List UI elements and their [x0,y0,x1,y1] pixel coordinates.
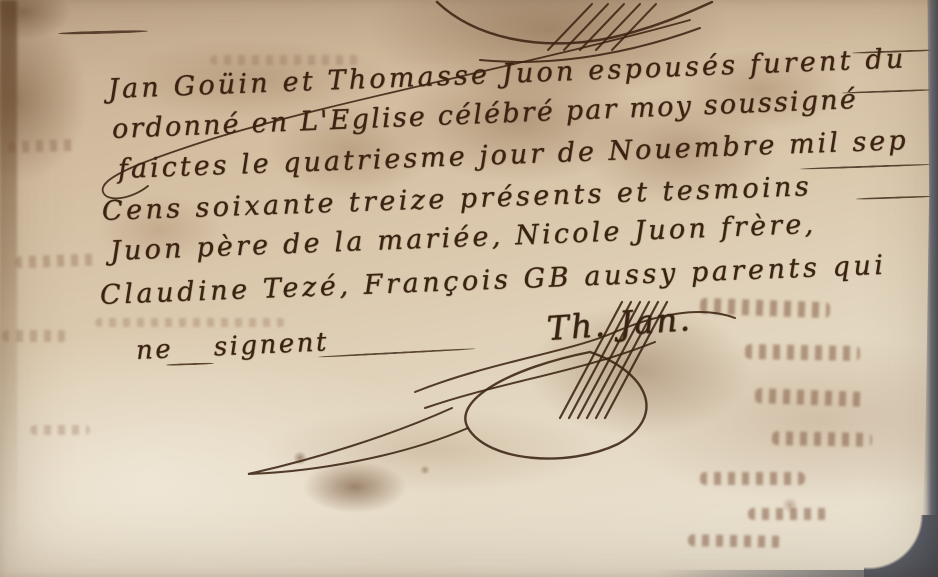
manuscript-line-7: ne signent [135,329,329,364]
page-corner [864,515,938,577]
bleedthrough-marks [2,330,67,342]
pen-stroke [318,348,476,358]
bleedthrough-marks [745,344,860,361]
bleedthrough-marks [15,254,95,269]
signature: Th. Jan. [546,302,693,345]
book-gutter-shadow [0,0,17,577]
bleedthrough-marks [8,139,78,153]
bleedthrough-marks [755,388,865,407]
bleedthrough-marks [748,508,828,520]
bleedthrough-marks [95,318,285,327]
bleedthrough-marks [688,534,783,548]
bleedthrough-marks [700,472,805,485]
page-edge-right [921,0,938,577]
line-filler-stroke [800,163,932,170]
line-filler-stroke [856,195,934,200]
bleedthrough-marks [772,431,872,447]
manuscript-photo: Jan Goüin et Thomasse Juon espousés fure… [0,0,938,577]
pen-stroke [58,30,148,35]
bleedthrough-marks [700,298,830,319]
bleedthrough-marks [30,425,90,435]
bleedthrough-marks [210,55,360,65]
